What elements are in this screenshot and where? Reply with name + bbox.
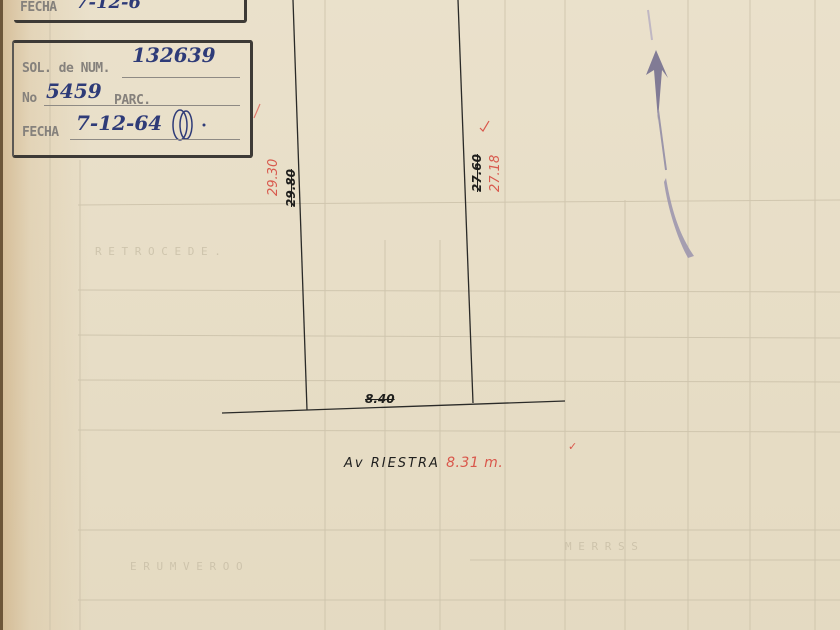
north-arrow-icon <box>0 0 840 630</box>
